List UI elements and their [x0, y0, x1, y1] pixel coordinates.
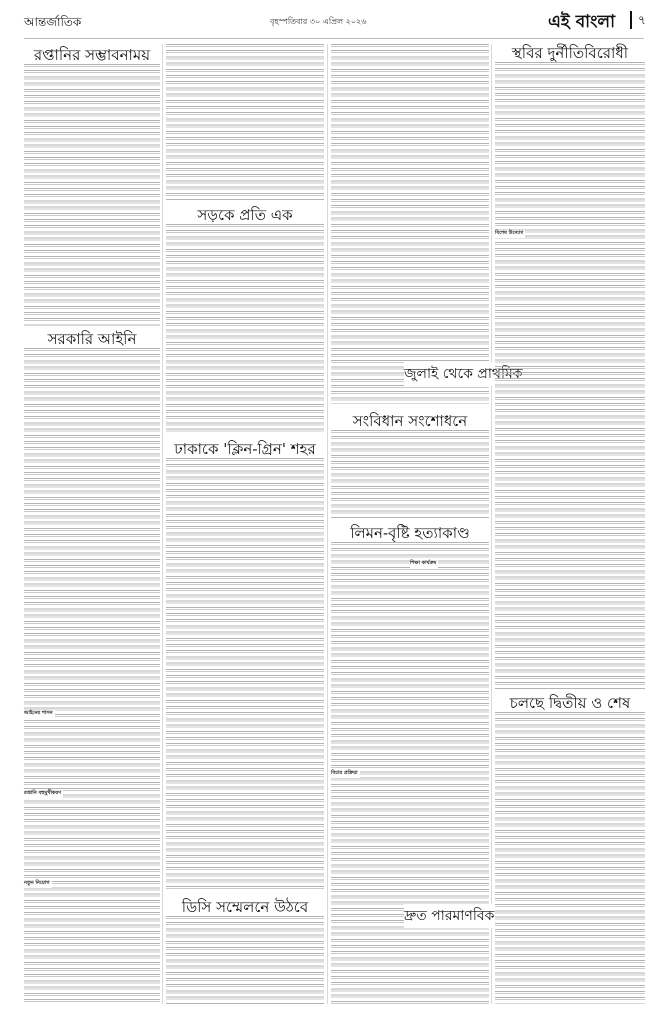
- article-text: পদক্ষেপ ও আইনি সংস্কার করা হবে। দুর্নীতি…: [495, 62, 645, 68]
- headline: জুলাই থেকে প্রাথমিক: [404, 362, 492, 386]
- column-divider: [491, 44, 492, 1004]
- subhead: বিশেষ উদ্যোগ: [495, 230, 525, 238]
- subhead: আইনের শাসন: [24, 710, 55, 718]
- issue-date: বৃহস্পতিবার ৩০ এপ্রিল ২০২৬: [270, 16, 366, 29]
- article-text: রাজধানীকে পরিচ্ছন্ন ও সবুজ শহর হিসেবে গড…: [166, 458, 324, 464]
- article-body: এবারের আসরে আট দলের অংশগ্রহণে দ্বিতীয় ও…: [495, 712, 645, 1004]
- article-body-continued: [166, 44, 324, 200]
- article-body: পদক্ষেপ ও আইনি সংস্কার করা হবে। দুর্নীতি…: [495, 62, 645, 690]
- subhead: নতুন নিয়োগ: [24, 880, 52, 888]
- article-body: এফবিসিসিআইয়ের চৌধ উদ্যোগে আয়োজিত জাতীয…: [24, 64, 160, 326]
- subhead: শিক্ষা কার্যক্রম: [410, 560, 438, 568]
- page-number: ৭: [638, 12, 646, 32]
- page-header: আন্তর্জাতিক বৃহস্পতিবার ৩০ এপ্রিল ২০২৬ এ…: [0, 0, 667, 36]
- article-body: ২০২৩ সালের ১১ মার্চ আঘাত থেকে জাতীয় সেত…: [166, 224, 324, 432]
- article-text: ২০২৩ সালের ১১ মার্চ আঘাত থেকে জাতীয় সেত…: [166, 224, 324, 230]
- headline: দ্রুত পারমাণবিক: [404, 904, 492, 928]
- section-label: আন্তর্জাতিক: [24, 14, 81, 34]
- article-text: কারাগারে সরকারি আইনজীবীরা এসব কথা বলেছেন…: [331, 542, 489, 548]
- header-divider: [630, 11, 632, 29]
- article-text: এফবিসিসিআইয়ের চৌধ উদ্যোগে আয়োজিত জাতীয…: [24, 64, 160, 76]
- article-body: জাতীয় সংসদে সংবিধান সংশোধন বিল উত্থাপনে…: [331, 430, 489, 518]
- article-text: এ বছর ৫৩টি মন্ত্রণালয়, বিভাগ, কার্যালয়…: [166, 916, 324, 922]
- article-text: জাতীয় সংসদে সংবিধান সংশোধন বিল উত্থাপনে…: [331, 430, 489, 436]
- article-body: সিনাক এইচের প্রতি জনগণের আস্থা ফিরিয়ে আ…: [24, 348, 160, 1004]
- article-text: এবারের আসরে আট দলের অংশগ্রহণে দ্বিতীয় ও…: [495, 712, 645, 718]
- article-text: সিনাক এইচের প্রতি জনগণের আস্থা ফিরিয়ে আ…: [24, 348, 160, 354]
- article-body: এ বছর ৫৩টি মন্ত্রণালয়, বিভাগ, কার্যালয়…: [166, 916, 324, 1004]
- subhead: বিচার প্রক্রিয়া: [331, 770, 360, 778]
- logo-text-end: লা: [597, 12, 615, 32]
- newspaper-logo: এই বাংলা: [548, 9, 615, 37]
- header-rule: [24, 38, 644, 39]
- column-divider: [162, 44, 163, 1004]
- article-body-continued: [331, 44, 489, 404]
- column-divider: [327, 44, 328, 1004]
- logo-text: এই বা: [548, 12, 597, 32]
- article-body: রাজধানীকে পরিচ্ছন্ন ও সবুজ শহর হিসেবে গড…: [166, 458, 324, 892]
- subhead: রপ্তানি বহুমুখীকরণ: [24, 790, 63, 798]
